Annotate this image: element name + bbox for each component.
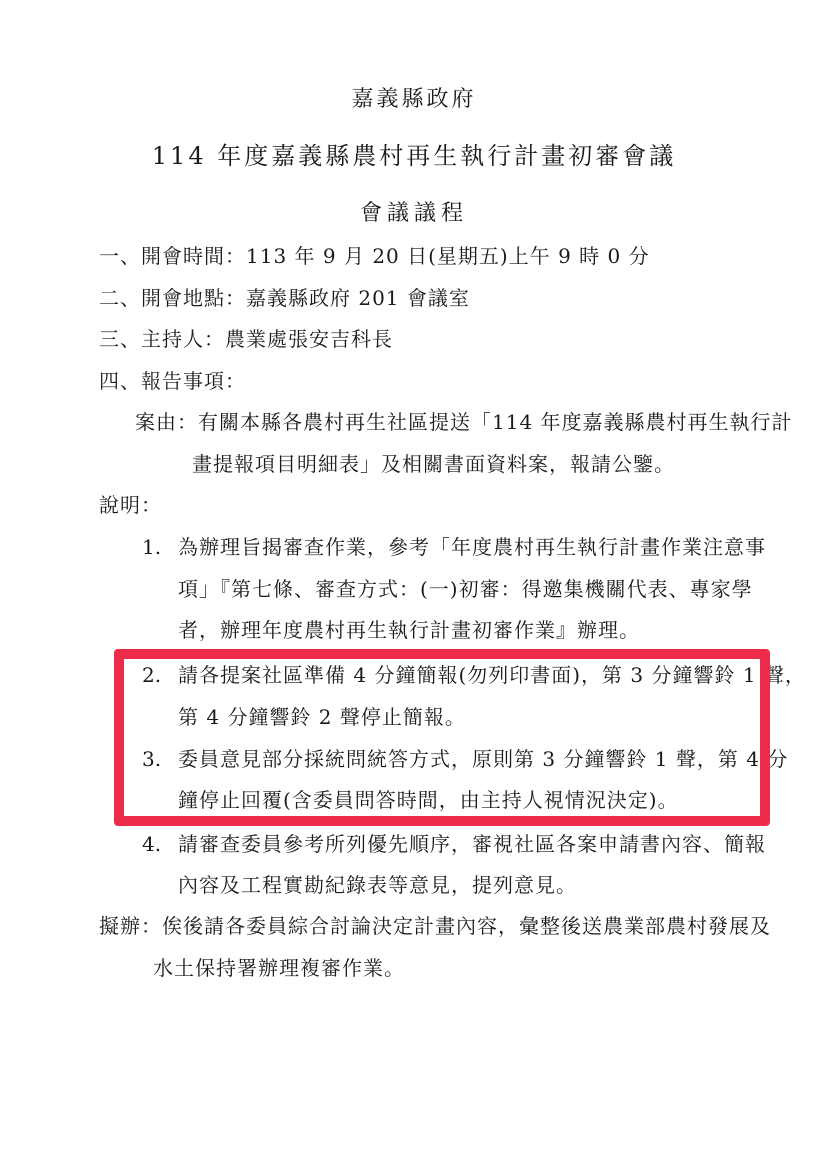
explanation-item-1-line-3: 者，辦理年度農村再生執行計畫初審作業』辦理。 <box>178 618 640 642</box>
meeting-place-line: 二、開會地點：嘉義縣政府 201 會議室 <box>99 286 470 310</box>
item-1-number: 1. <box>142 535 178 559</box>
item-4-text: 請審查委員參考所列優先順序，審視社區各案申請書內容、簡報 <box>178 832 766 856</box>
case-line-1: 案由：有關本縣各農村再生社區提送「114 年度嘉義縣農村再生執行計 <box>135 410 793 434</box>
explanation-item-1-line-1: 1.為辦理旨揭審查作業，參考「年度農村再生執行計畫作業注意事 <box>142 535 766 559</box>
explanation-item-1-line-2: 項」『第七條、審查方式：(一)初審：得邀集機關代表、專家學 <box>178 577 753 601</box>
explanation-heading-line: 說明： <box>99 493 162 517</box>
explanation-item-4-line-1: 4.請審查委員參考所列優先順序，審視社區各案申請書內容、簡報 <box>142 832 766 856</box>
proposal-line-2: 水土保持署辦理複審作業。 <box>153 956 405 980</box>
case-line-2: 畫提報項目明細表」及相關書面資料案，報請公鑒。 <box>192 452 675 476</box>
meeting-time-line: 一、開會時間：113 年 9 月 20 日(星期五)上午 9 時 0 分 <box>99 244 650 268</box>
agency-title: 嘉義縣政府 <box>0 82 828 113</box>
document-page: 嘉義縣政府 114 年度嘉義縣農村再生執行計畫初審會議 會議議程 一、開會時間：… <box>0 0 828 1171</box>
proposal-line-1: 擬辦：俟後請各委員綜合討論決定計畫內容，彙整後送農業部農村發展及 <box>99 914 771 938</box>
item-4-number: 4. <box>142 832 178 856</box>
chairperson-line: 三、主持人：農業處張安吉科長 <box>99 327 393 351</box>
agenda-heading: 會議議程 <box>0 196 828 227</box>
highlight-box <box>114 649 770 826</box>
report-heading-line: 四、報告事項： <box>99 369 246 393</box>
item-1-text: 為辦理旨揭審查作業，參考「年度農村再生執行計畫作業注意事 <box>178 535 766 559</box>
explanation-item-4-line-2: 內容及工程實勘紀錄表等意見，提列意見。 <box>178 873 577 897</box>
meeting-title: 114 年度嘉義縣農村再生執行計畫初審會議 <box>0 136 828 171</box>
